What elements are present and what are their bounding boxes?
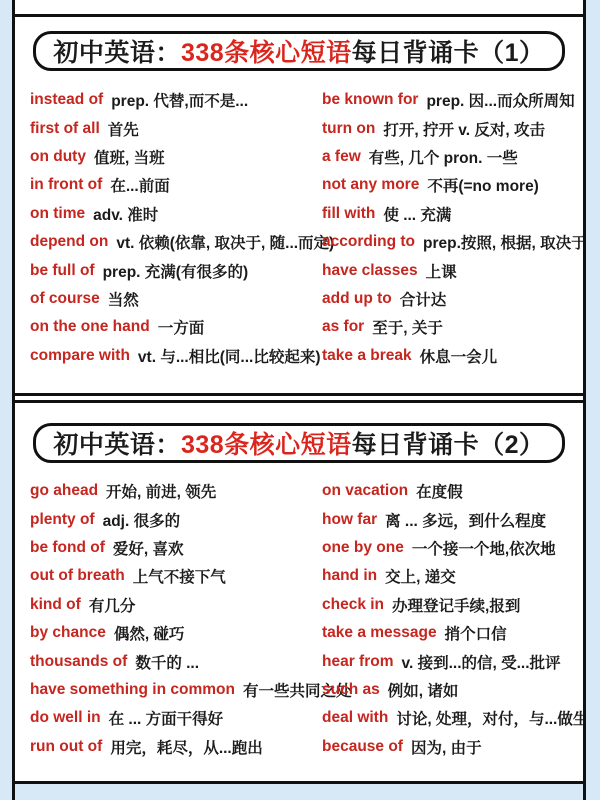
phrase-english: fill with [322, 205, 375, 223]
phrase-english: on the one hand [30, 318, 150, 336]
phrase-row: deal with讨论, 处理，对付，与...做生意 [322, 704, 583, 732]
phrase-chinese: 合计达 [400, 288, 447, 310]
phrase-row: out of breath上气不接下气 [30, 562, 322, 590]
phrase-english: not any more [322, 176, 419, 194]
card2-phrase-grid: go ahead开始, 前进, 领先plenty ofadj. 很多的be fo… [15, 477, 583, 761]
phrase-chinese: 至于, 关于 [372, 316, 443, 338]
phrase-chinese: 在度假 [416, 480, 463, 502]
card1-left-column: instead ofprep. 代替,而不是...first of all首先o… [30, 86, 322, 370]
phrase-chinese: 用完，耗尽，从...跑出 [110, 736, 262, 758]
phrase-chinese: prep.按照, 根据, 取决于 [423, 231, 583, 253]
card1-title: 初中英语：338条核心短语每日背诵卡（1） [33, 31, 565, 71]
phrase-chinese: prep. 代替,而不是... [111, 89, 248, 111]
phrase-english: on duty [30, 148, 86, 166]
phrase-chinese: 办理登记手续,报到 [392, 594, 520, 616]
phrase-chinese: vt. 与...相比(同...比较起来) [138, 345, 321, 367]
phrase-row: one by one一个接一个地,依次地 [322, 534, 583, 562]
phrase-chinese: 交上, 递交 [385, 565, 456, 587]
phrase-chinese: 数千的 ... [135, 651, 199, 673]
phrase-row: do well in在 ... 方面干得好 [30, 704, 322, 732]
phrase-english: of course [30, 290, 100, 308]
phrase-english: deal with [322, 709, 388, 727]
phrase-english: turn on [322, 120, 375, 138]
phrase-row: instead ofprep. 代替,而不是... [30, 86, 322, 114]
phrase-row: first of all首先 [30, 114, 322, 142]
phrase-row: by chance偶然, 碰巧 [30, 619, 322, 647]
phrase-chinese: prep. 因...而众所周知 [426, 89, 574, 111]
phrase-chinese: 在 ... 方面干得好 [109, 707, 224, 729]
phrase-row: hand in交上, 递交 [322, 562, 583, 590]
phrase-english: according to [322, 233, 415, 251]
phrase-english: first of all [30, 120, 100, 138]
phrase-english: run out of [30, 738, 102, 756]
phrase-row: be known forprep. 因...而众所周知 [322, 86, 583, 114]
phrase-chinese: 开始, 前进, 领先 [106, 480, 216, 502]
phrase-english: be full of [30, 262, 95, 280]
phrase-row: kind of有几分 [30, 591, 322, 619]
phrase-row: a few有些, 几个 pron. 一些 [322, 143, 583, 171]
flashcard-sheet: 初中英语：338条核心短语每日背诵卡（1） instead ofprep. 代替… [12, 0, 586, 800]
phrase-row: take a break休息一会儿 [322, 342, 583, 370]
phrase-english: take a message [322, 624, 437, 642]
phrase-row: be full ofprep. 充满(有很多的) [30, 256, 322, 284]
phrase-chinese: 休息一会儿 [420, 345, 498, 367]
phrase-english: how far [322, 511, 377, 529]
phrase-chinese: 不再(=no more) [427, 174, 539, 196]
phrase-chinese: prep. 充满(有很多的) [103, 260, 249, 282]
phrase-row: turn on打开, 拧开 v. 反对, 攻击 [322, 114, 583, 142]
phrase-english: go ahead [30, 482, 98, 500]
phrase-chinese: 使 ... 充满 [383, 203, 451, 225]
phrase-chinese: adj. 很多的 [103, 509, 181, 531]
phrase-row: fill with使 ... 充满 [322, 200, 583, 228]
phrase-row: depend onvt. 依赖(依靠, 取决于, 随...而定) [30, 228, 322, 256]
phrase-english: on vacation [322, 482, 408, 500]
phrase-chinese: 当然 [108, 288, 139, 310]
card2-title-highlight: 338条核心短语 [181, 425, 352, 461]
phrase-chinese: 偶然, 碰巧 [114, 622, 185, 644]
phrase-english: plenty of [30, 511, 95, 529]
phrase-row: how far离 ... 多远，到什么程度 [322, 505, 583, 533]
bottom-gap [15, 784, 583, 800]
phrase-row: run out of用完，耗尽，从...跑出 [30, 733, 322, 761]
phrase-row: in front of在...前面 [30, 171, 322, 199]
phrase-chinese: 一个接一个地,依次地 [412, 537, 556, 559]
phrase-english: check in [322, 596, 384, 614]
phrase-chinese: 爱好, 喜欢 [113, 537, 184, 559]
phrase-english: in front of [30, 176, 102, 194]
phrase-row: such as例如, 诸如 [322, 676, 583, 704]
phrase-english: be known for [322, 91, 418, 109]
phrase-row: not any more不再(=no more) [322, 171, 583, 199]
flashcard-1: 初中英语：338条核心短语每日背诵卡（1） instead ofprep. 代替… [15, 17, 583, 393]
phrase-english: because of [322, 738, 403, 756]
phrase-row: on duty值班, 当班 [30, 143, 322, 171]
phrase-english: hand in [322, 567, 377, 585]
phrase-english: have something in common [30, 681, 235, 699]
card1-title-highlight: 338条核心短语 [181, 33, 352, 69]
phrase-chinese: 讨论, 处理，对付，与...做生意 [396, 707, 583, 729]
previous-card-remnant [15, 0, 583, 14]
phrase-english: take a break [322, 347, 412, 365]
phrase-chinese: 打开, 拧开 v. 反对, 攻击 [383, 118, 545, 140]
phrase-english: out of breath [30, 567, 125, 585]
phrase-row: as for至于, 关于 [322, 313, 583, 341]
phrase-chinese: 有些, 几个 pron. 一些 [369, 146, 518, 168]
card1-title-prefix: 初中英语： [53, 33, 181, 69]
phrase-row: hear fromv. 接到...的信, 受...批评 [322, 647, 583, 675]
phrase-chinese: 捎个口信 [445, 622, 507, 644]
flashcard-2: 初中英语：338条核心短语每日背诵卡（2） go ahead开始, 前进, 领先… [15, 403, 583, 781]
phrase-english: kind of [30, 596, 81, 614]
phrase-english: hear from [322, 653, 394, 671]
phrase-english: thousands of [30, 653, 127, 671]
phrase-chinese: 一方面 [158, 316, 205, 338]
phrase-row: on timeadv. 准时 [30, 200, 322, 228]
phrase-row: be fond of爱好, 喜欢 [30, 534, 322, 562]
phrase-chinese: 首先 [108, 118, 139, 140]
phrase-english: be fond of [30, 539, 105, 557]
phrase-english: on time [30, 205, 85, 223]
phrase-chinese: adv. 准时 [93, 203, 158, 225]
phrase-chinese: 在...前面 [110, 174, 169, 196]
phrase-english: such as [322, 681, 380, 699]
phrase-english: by chance [30, 624, 106, 642]
phrase-row: have something in common有一些共同之处 [30, 676, 322, 704]
phrase-row: according toprep.按照, 根据, 取决于 [322, 228, 583, 256]
phrase-chinese: 因为, 由于 [411, 736, 482, 758]
phrase-english: add up to [322, 290, 392, 308]
phrase-row: take a message捎个口信 [322, 619, 583, 647]
phrase-row: go ahead开始, 前进, 领先 [30, 477, 322, 505]
phrase-english: compare with [30, 347, 130, 365]
card2-title: 初中英语：338条核心短语每日背诵卡（2） [33, 423, 565, 463]
phrase-english: as for [322, 318, 364, 336]
phrase-row: on vacation在度假 [322, 477, 583, 505]
phrase-row: on the one hand一方面 [30, 313, 322, 341]
phrase-chinese: vt. 依赖(依靠, 取决于, 随...而定) [116, 231, 334, 253]
phrase-chinese: 上气不接下气 [133, 565, 226, 587]
phrase-english: instead of [30, 91, 103, 109]
phrase-row: add up to合计达 [322, 285, 583, 313]
card2-title-suffix: 每日背诵卡（2） [352, 425, 545, 461]
phrase-english: a few [322, 148, 361, 166]
phrase-chinese: 上课 [426, 260, 457, 282]
card1-title-suffix: 每日背诵卡（1） [352, 33, 545, 69]
phrase-chinese: v. 接到...的信, 受...批评 [402, 651, 561, 673]
phrase-english: do well in [30, 709, 101, 727]
phrase-english: have classes [322, 262, 418, 280]
card2-title-prefix: 初中英语： [53, 425, 181, 461]
phrase-chinese: 离 ... 多远，到什么程度 [385, 509, 546, 531]
card2-left-column: go ahead开始, 前进, 领先plenty ofadj. 很多的be fo… [30, 477, 322, 761]
phrase-row: compare withvt. 与...相比(同...比较起来) [30, 342, 322, 370]
card1-right-column: be known forprep. 因...而众所周知turn on打开, 拧开… [322, 86, 583, 370]
phrase-chinese: 例如, 诸如 [388, 679, 459, 701]
phrase-row: of course当然 [30, 285, 322, 313]
phrase-english: depend on [30, 233, 108, 251]
phrase-row: thousands of数千的 ... [30, 647, 322, 675]
phrase-chinese: 有几分 [89, 594, 136, 616]
card2-right-column: on vacation在度假how far离 ... 多远，到什么程度one b… [322, 477, 583, 761]
phrase-chinese: 值班, 当班 [94, 146, 165, 168]
phrase-row: because of因为, 由于 [322, 733, 583, 761]
phrase-english: one by one [322, 539, 404, 557]
phrase-row: plenty ofadj. 很多的 [30, 505, 322, 533]
phrase-row: have classes上课 [322, 256, 583, 284]
phrase-row: check in办理登记手续,报到 [322, 591, 583, 619]
card1-phrase-grid: instead ofprep. 代替,而不是...first of all首先o… [15, 86, 583, 370]
